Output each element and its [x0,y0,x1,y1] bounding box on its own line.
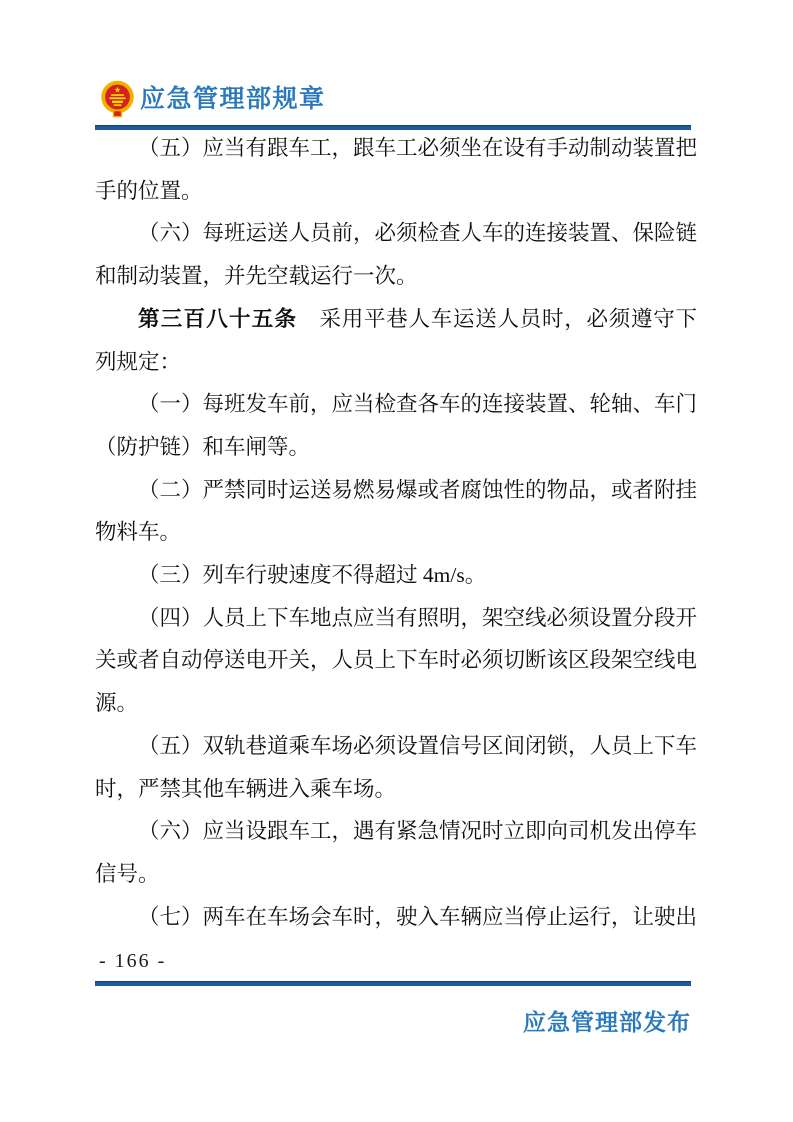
page-header: 应急管理部规章 [100,80,326,118]
paragraph-text: （五）双轨巷道乘车场必须设置信号区间闭锁，人员上下车时，严禁其他车辆进入乘车场。 [95,734,697,801]
page-number: - 166 - [99,950,166,973]
header-title: 应急管理部规章 [140,82,326,117]
paragraph-text: （六）每班运送人员前，必须检查人车的连接装置、保险链和制动装置，并先空载运行一次… [95,221,697,288]
body-paragraph: （六）每班运送人员前，必须检查人车的连接装置、保险链和制动装置，并先空载运行一次… [95,212,697,297]
body-paragraph: （四）人员上下车地点应当有照明，架空线必须设置分段开关或者自动停送电开关，人员上… [95,597,697,725]
body-paragraph: （七）两车在车场会车时，驶入车辆应当停止运行，让驶出 [95,896,697,939]
paragraph-text: （五）应当有跟车工，跟车工必须坐在设有手动制动装置把手的位置。 [95,136,697,203]
body-paragraph: （五）双轨巷道乘车场必须设置信号区间闭锁，人员上下车时，严禁其他车辆进入乘车场。 [95,725,697,810]
paragraph-text: （二）严禁同时运送易燃易爆或者腐蚀性的物品，或者附挂物料车。 [95,478,697,545]
body-paragraph: （二）严禁同时运送易燃易爆或者腐蚀性的物品，或者附挂物料车。 [95,469,697,554]
body-paragraph: （六）应当设跟车工，遇有紧急情况时立即向司机发出停车信号。 [95,810,697,895]
national-emblem-icon [100,80,135,118]
paragraph-text: （七）两车在车场会车时，驶入车辆应当停止运行，让驶出 [138,905,697,929]
body-paragraph: （一）每班发车前，应当检查各车的连接装置、轮轴、车门（防护链）和车闸等。 [95,383,697,468]
body-paragraph: （三）列车行驶速度不得超过 4m/s。 [95,554,697,597]
body-paragraph: （五）应当有跟车工，跟车工必须坐在设有手动制动装置把手的位置。 [95,127,697,212]
body-paragraph: 第三百八十五条 采用平巷人车运送人员时，必须遵守下列规定： [95,298,697,383]
paragraph-text: （一）每班发车前，应当检查各车的连接装置、轮轴、车门（防护链）和车闸等。 [95,392,697,459]
document-page: 应急管理部规章 （五）应当有跟车工，跟车工必须坐在设有手动制动装置把手的位置。 … [0,0,793,1122]
footer-rule [95,981,691,986]
publisher-label: 应急管理部发布 [95,1004,691,1037]
paragraph-text: （六）应当设跟车工，遇有紧急情况时立即向司机发出停车信号。 [95,819,697,886]
paragraph-text: （四）人员上下车地点应当有照明，架空线必须设置分段开关或者自动停送电开关，人员上… [95,606,697,715]
document-body: （五）应当有跟车工，跟车工必须坐在设有手动制动装置把手的位置。 （六）每班运送人… [95,127,697,938]
article-number: 第三百八十五条 [138,307,297,331]
paragraph-text: （三）列车行驶速度不得超过 4m/s。 [138,563,486,587]
